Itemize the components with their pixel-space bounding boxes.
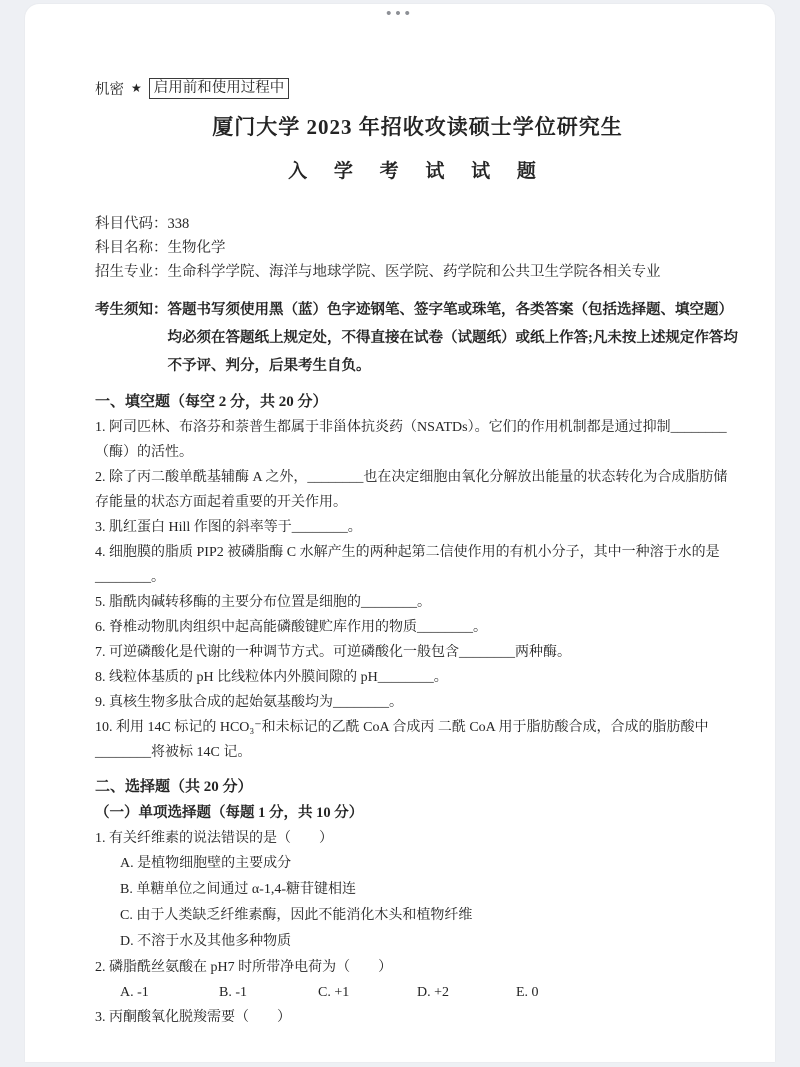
mc-q1-option-c: C. 由于人类缺乏纤维素酶，因此不能消化木头和植物纤维 xyxy=(120,903,740,929)
fill-in-question-9: 9. 真核生物多肽合成的起始氨基酸均为________。 xyxy=(95,690,740,715)
secrecy-label: 机密 xyxy=(95,78,124,99)
subject-name-row: 科目名称： 生物化学 xyxy=(95,236,740,260)
exam-title: 厦门大学 2023 年招收攻读硕士学位研究生 xyxy=(95,111,740,141)
mc-question-2-stem: 2. 磷脂酰丝氨酸在 pH7 时所带净电荷为（ ） xyxy=(95,955,740,980)
mc-question-1-options: A. 是植物细胞壁的主要成分 B. 单糖单位之间通过 α-1,4-糖苷键相连 C… xyxy=(95,851,740,955)
mc-question-1-stem: 1. 有关纤维素的说法错误的是（ ） xyxy=(95,826,740,851)
single-choice-subheading: （一）单项选择题（每题 1 分，共 10 分） xyxy=(95,801,740,826)
mc-question-3-stem: 3. 丙酮酸氧化脱羧需要（ ） xyxy=(95,1005,740,1030)
fill-in-questions: 1. 阿司匹林、布洛芬和萘普生都属于非甾体抗炎药（NSATDs）。它们的作用机制… xyxy=(95,415,740,765)
mc-q1-option-a: A. 是植物细胞壁的主要成分 xyxy=(120,851,740,877)
exam-meta: 科目代码： 338 科目名称： 生物化学 招生专业： 生命科学学院、海洋与地球学… xyxy=(95,212,740,284)
exam-subtitle: 入 学 考 试 试 题 xyxy=(95,156,740,183)
more-menu-icon[interactable]: ••• xyxy=(25,4,775,24)
majors-row: 招生专业： 生命科学学院、海洋与地球学院、医学院、药学院和公共卫生学院各相关专业 xyxy=(95,260,740,284)
usage-period-box: 启用前和使用过程中 xyxy=(149,78,290,99)
fill-in-question-4: 4. 细胞膜的脂质 PIP2 被磷脂酶 C 水解产生的两种起第二信使作用的有机小… xyxy=(95,540,740,590)
subject-code-value: 338 xyxy=(168,212,190,236)
fill-in-question-5: 5. 脂酰肉碱转移酶的主要分布位置是细胞的________。 xyxy=(95,590,740,615)
section-fill-in-heading: 一、填空题（每空 2 分，共 20 分） xyxy=(95,391,740,413)
mc-q2-option-b: B. -1 xyxy=(219,980,318,1005)
mc-q2-option-e: E. 0 xyxy=(516,980,539,1005)
fill-in-question-8: 8. 线粒体基质的 pH 比线粒体内外膜间隙的 pH________。 xyxy=(95,665,740,690)
fill-in-question-6: 6. 脊椎动物肌肉组织中起高能磷酸键贮库作用的物质________。 xyxy=(95,615,740,640)
mc-q1-option-b: B. 单糖单位之间通过 α-1,4-糖苷键相连 xyxy=(120,877,740,903)
subject-name-label: 科目名称： xyxy=(95,236,168,260)
multiple-choice-questions: 1. 有关纤维素的说法错误的是（ ） A. 是植物细胞壁的主要成分 B. 单糖单… xyxy=(95,826,740,1030)
mc-q2-option-d: D. +2 xyxy=(417,980,516,1005)
fill-in-question-1: 1. 阿司匹林、布洛芬和萘普生都属于非甾体抗炎药（NSATDs）。它们的作用机制… xyxy=(95,415,740,465)
majors-label: 招生专业： xyxy=(95,260,168,284)
subject-name-value: 生物化学 xyxy=(168,236,226,260)
subject-code-row: 科目代码： 338 xyxy=(95,212,740,236)
mc-q1-option-d: D. 不溶于水及其他多种物质 xyxy=(120,929,740,955)
notice-label: 考生须知： xyxy=(95,296,168,380)
fill-in-question-2: 2. 除了丙二酸单酰基辅酶 A 之外，________也在决定细胞由氧化分解放出… xyxy=(95,465,740,515)
star-icon: ★ xyxy=(131,81,142,96)
majors-value: 生命科学学院、海洋与地球学院、医学院、药学院和公共卫生学院各相关专业 xyxy=(168,260,661,284)
mc-q2-option-c: C. +1 xyxy=(318,980,417,1005)
notice-text: 答题书写须使用黑（蓝）色字迹钢笔、签字笔或珠笔，各类答案（包括选择题、填空题）均… xyxy=(168,296,741,380)
secrecy-line: 机密 ★ 启用前和使用过程中 xyxy=(95,78,740,99)
mc-question-2-options: A. -1 B. -1 C. +1 D. +2 E. 0 xyxy=(95,980,740,1005)
fill-in-question-10: 10. 利用 14C 标记的 HCO₃⁻和未标记的乙酰 CoA 合成丙 二酰 C… xyxy=(95,715,740,765)
document-page: ••• 机密 ★ 启用前和使用过程中 厦门大学 2023 年招收攻读硕士学位研究… xyxy=(25,4,775,1062)
subject-code-label: 科目代码： xyxy=(95,212,168,236)
fill-in-question-3: 3. 肌红蛋白 Hill 作图的斜率等于________。 xyxy=(95,515,740,540)
candidate-notice: 考生须知： 答题书写须使用黑（蓝）色字迹钢笔、签字笔或珠笔，各类答案（包括选择题… xyxy=(95,296,740,380)
section-multiple-choice-heading: 二、选择题（共 20 分） xyxy=(95,776,740,798)
document-content: 机密 ★ 启用前和使用过程中 厦门大学 2023 年招收攻读硕士学位研究生 入 … xyxy=(25,78,775,1030)
mc-q2-option-a: A. -1 xyxy=(120,980,219,1005)
fill-in-question-7: 7. 可逆磷酸化是代谢的一种调节方式。可逆磷酸化一般包含________两种酶。 xyxy=(95,640,740,665)
